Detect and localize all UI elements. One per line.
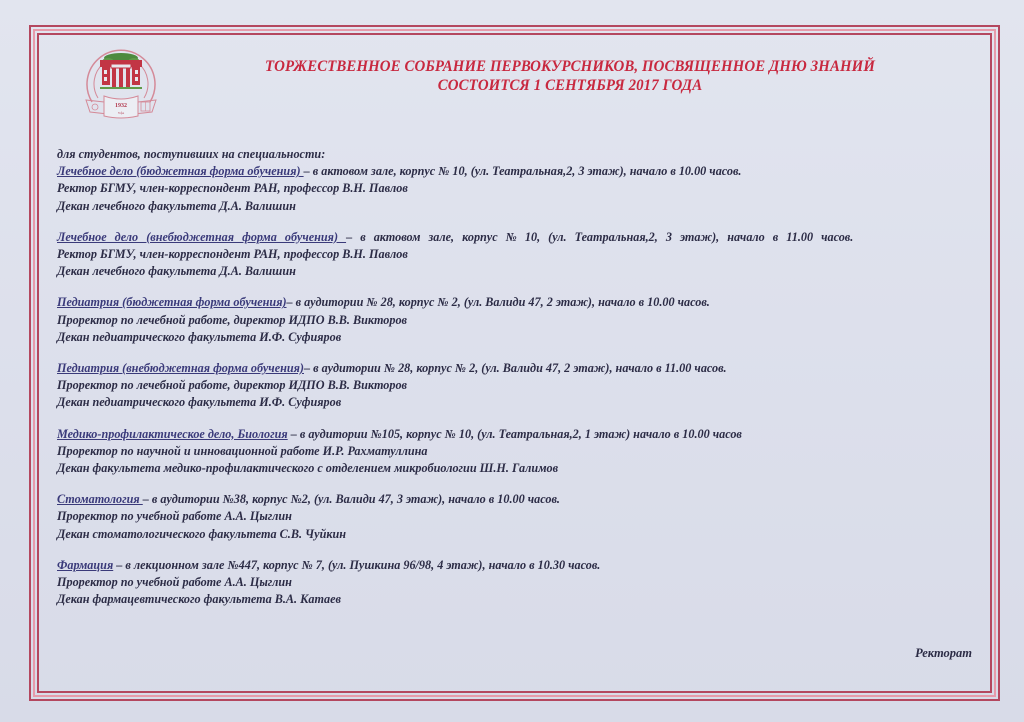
title-line-1: ТОРЖЕСТВЕННОЕ СОБРАНИЕ ПЕРВОКУРСНИКОВ, П… <box>215 57 925 76</box>
event-details: – в аудитории № 28, корпус № 2, (ул. Вал… <box>287 295 710 309</box>
title-line-2: СОСТОИТСЯ 1 СЕНТЯБРЯ 2017 ГОДА <box>215 76 925 95</box>
official-line: Проректор по учебной работе А.А. Цыглин <box>57 508 972 525</box>
svg-text:1932: 1932 <box>115 103 127 109</box>
event-details: – в аудитории №38, корпус №2, (ул. Валид… <box>143 492 560 506</box>
event-block: Лечебное дело (внебюджетная форма обучен… <box>57 229 972 281</box>
official-line: Ректор БГМУ, член-корреспондент РАН, про… <box>57 246 972 263</box>
specialty-label: Стоматология <box>57 492 143 506</box>
event-block: Медико-профилактическое дело, Биология –… <box>57 426 972 478</box>
event-details: – в актовом зале, корпус № 10, (ул. Теат… <box>304 164 742 178</box>
svg-text:Уфа: Уфа <box>118 111 125 115</box>
event-details: – в аудитории № 28, корпус № 2, (ул. Вал… <box>304 361 727 375</box>
official-line: Проректор по лечебной работе, директор И… <box>57 312 972 329</box>
official-line: Декан педиатрического факультета И.Ф. Су… <box>57 394 972 411</box>
event-details: – в актовом зале, корпус № 10, (ул. Теат… <box>346 230 853 244</box>
event-details: – в лекционном зале №447, корпус № 7, (у… <box>113 558 600 572</box>
specialty-label: Лечебное дело (внебюджетная форма обучен… <box>57 230 346 244</box>
event-details: – в аудитории №105, корпус № 10, (ул. Те… <box>288 427 742 441</box>
signature: Ректорат <box>915 646 972 661</box>
specialty-label: Педиатрия (внебюджетная форма обучения) <box>57 361 304 375</box>
specialty-label: Медико-профилактическое дело, Биология <box>57 427 288 441</box>
official-line: Декан лечебного факультета Д.А. Валишин <box>57 263 972 280</box>
university-emblem-icon: 1932 Уфа <box>78 40 164 132</box>
event-block: Стоматология – в аудитории №38, корпус №… <box>57 491 972 543</box>
official-line: Проректор по учебной работе А.А. Цыглин <box>57 574 972 591</box>
specialty-label: Педиатрия (бюджетная форма обучения) <box>57 295 287 309</box>
event-block: Фармация – в лекционном зале №447, корпу… <box>57 557 972 609</box>
official-line: Декан педиатрического факультета И.Ф. Су… <box>57 329 972 346</box>
specialty-label: Лечебное дело (бюджетная форма обучения) <box>57 164 304 178</box>
official-line: Декан лечебного факультета Д.А. Валишин <box>57 198 972 215</box>
event-block: Лечебное дело (бюджетная форма обучения)… <box>57 163 972 215</box>
intro-text: для студентов, поступивших на специально… <box>57 146 972 163</box>
announcement-body: для студентов, поступивших на специально… <box>57 146 972 608</box>
official-line: Декан факультета медико-профилактическог… <box>57 460 972 477</box>
specialty-label: Фармация <box>57 558 113 572</box>
official-line: Декан фармацевтического факультета В.А. … <box>57 591 972 608</box>
official-line: Проректор по лечебной работе, директор И… <box>57 377 972 394</box>
event-block: Педиатрия (бюджетная форма обучения)– в … <box>57 294 972 346</box>
official-line: Ректор БГМУ, член-корреспондент РАН, про… <box>57 180 972 197</box>
page-title: ТОРЖЕСТВЕННОЕ СОБРАНИЕ ПЕРВОКУРСНИКОВ, П… <box>215 57 925 95</box>
official-line: Декан стоматологического факультета С.В.… <box>57 526 972 543</box>
event-block: Педиатрия (внебюджетная форма обучения)–… <box>57 360 972 412</box>
official-line: Проректор по научной и инновационной раб… <box>57 443 972 460</box>
